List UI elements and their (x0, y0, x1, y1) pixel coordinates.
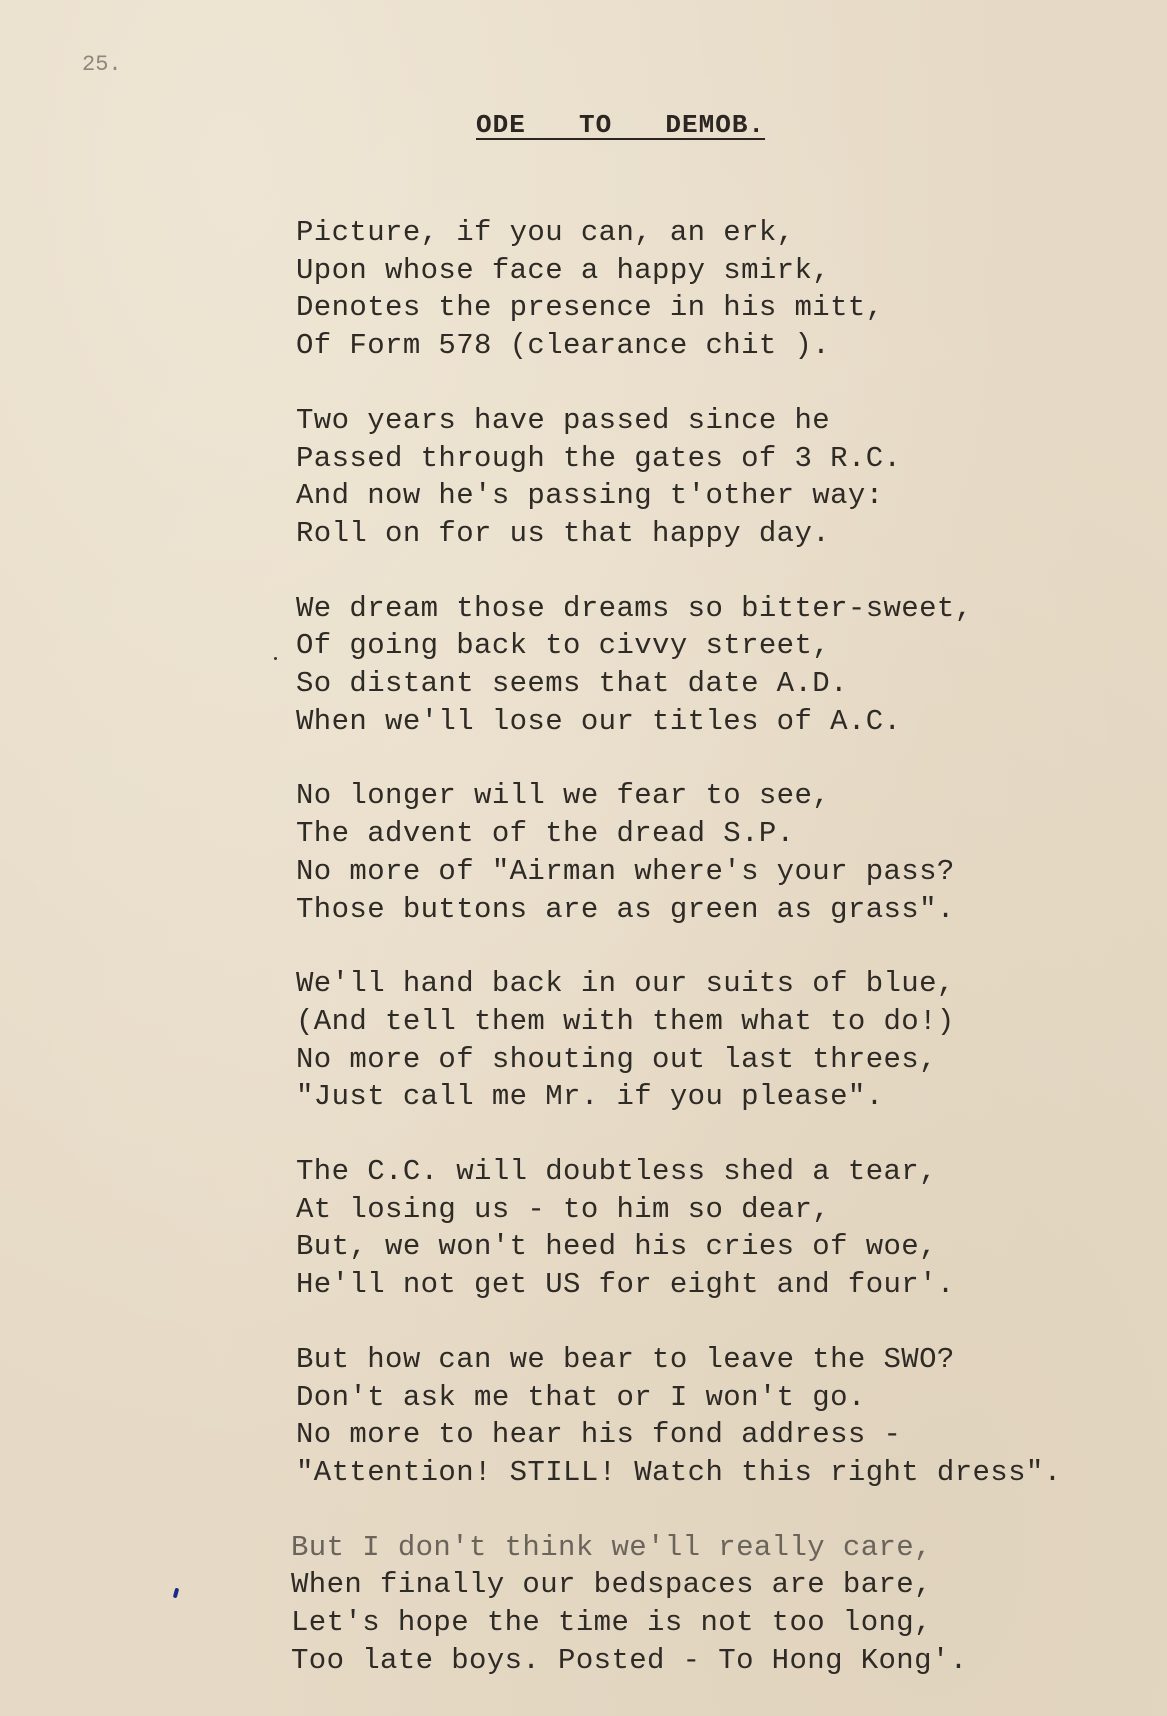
poem-line: (And tell them with them what to do!) (296, 1003, 1062, 1041)
poem-line: Don't ask me that or I won't go. (296, 1379, 1062, 1417)
poem-line: Upon whose face a happy smirk, (296, 252, 1062, 290)
poem-line: So distant seems that date A.D. (296, 665, 1062, 703)
blue-ink-mark (173, 1588, 179, 1599)
poem-line: No longer will we fear to see, (296, 777, 1062, 815)
stanza: No longer will we fear to see, The adven… (296, 777, 1062, 928)
poem-line: But, we won't heed his cries of woe, (296, 1228, 1062, 1266)
poem-line: We dream those dreams so bitter-sweet, (296, 590, 1062, 628)
poem-line: At losing us - to him so dear, (296, 1191, 1062, 1229)
poem-line: But I don't think we'll really care, (291, 1529, 1062, 1567)
page-number: 25. (82, 52, 122, 77)
poem-line: The advent of the dread S.P. (296, 815, 1062, 853)
poem-line: Of going back to civvy street, (296, 627, 1062, 665)
poem-body: Picture, if you can, an erk, Upon whose … (296, 214, 1062, 1716)
stanza: We'll hand back in our suits of blue, (A… (296, 965, 1062, 1116)
poem-line: But how can we bear to leave the SWO? (296, 1341, 1062, 1379)
poem-line: Too late boys. Posted - To Hong Kong'. (291, 1642, 1062, 1680)
poem-line: No more to hear his fond address - (296, 1416, 1062, 1454)
stanza: But I don't think we'll really care, Whe… (291, 1529, 1062, 1680)
poem-line: Those buttons are as green as grass". (296, 891, 1062, 929)
poem-line: Passed through the gates of 3 R.C. (296, 440, 1062, 478)
poem-line: Of Form 578 (clearance chit ). (296, 327, 1062, 365)
ink-speck (274, 657, 277, 660)
poem-line: Roll on for us that happy day. (296, 515, 1062, 553)
stanza: The C.C. will doubtless shed a tear, At … (296, 1153, 1062, 1304)
poem-line: When we'll lose our titles of A.C. (296, 703, 1062, 741)
poem-line: "Just call me Mr. if you please". (296, 1078, 1062, 1116)
poem-line: When finally our bedspaces are bare, (291, 1566, 1062, 1604)
poem-title: ODE TO DEMOB. (476, 110, 765, 140)
poem-line: He'll not get US for eight and four'. (296, 1266, 1062, 1304)
poem-line: The C.C. will doubtless shed a tear, (296, 1153, 1062, 1191)
poem-line: And now he's passing t'other way: (296, 477, 1062, 515)
poem-line: Let's hope the time is not too long, (291, 1604, 1062, 1642)
stanza: Two years have passed since he Passed th… (296, 402, 1062, 553)
stanza: But how can we bear to leave the SWO? Do… (296, 1341, 1062, 1492)
poem-line: Picture, if you can, an erk, (296, 214, 1062, 252)
stanza: We dream those dreams so bitter-sweet, O… (296, 590, 1062, 741)
poem-line: No more of "Airman where's your pass? (296, 853, 1062, 891)
poem-line: Denotes the presence in his mitt, (296, 289, 1062, 327)
stanza: Picture, if you can, an erk, Upon whose … (296, 214, 1062, 365)
poem-line: No more of shouting out last threes, (296, 1041, 1062, 1079)
poem-line: We'll hand back in our suits of blue, (296, 965, 1062, 1003)
poem-line: "Attention! STILL! Watch this right dres… (296, 1454, 1062, 1492)
poem-line: Two years have passed since he (296, 402, 1062, 440)
